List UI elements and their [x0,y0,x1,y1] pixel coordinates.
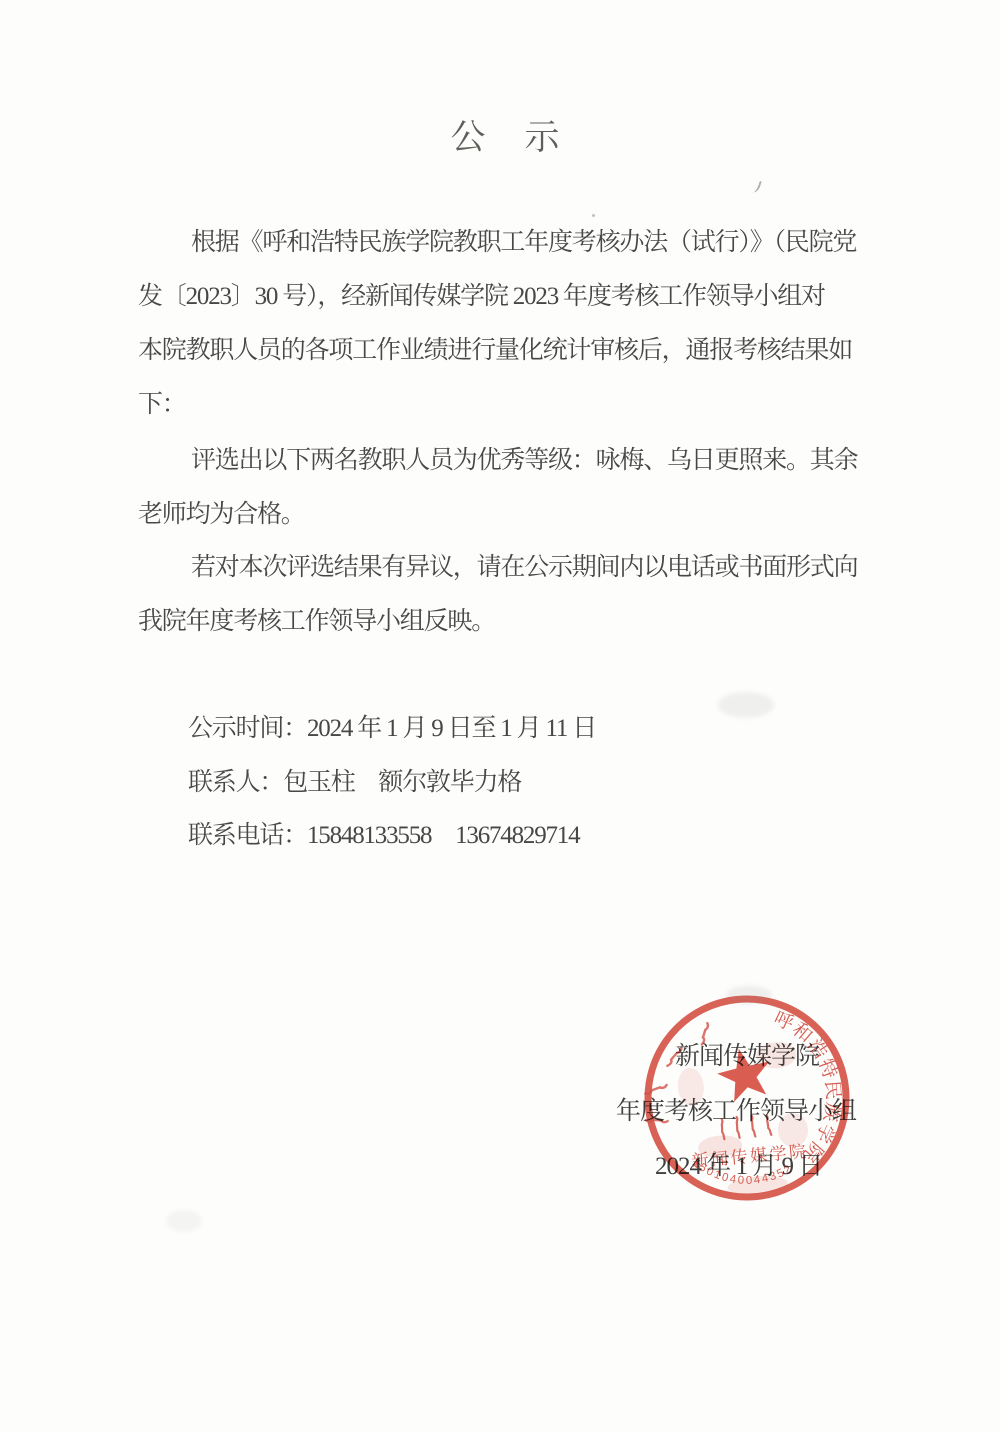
notice-document-page: 公 示 根据《呼和浩特民族学院教职工年度考核办法（试行）》（民院党 发〔2023… [0,0,1000,1432]
body-line: 老师均为合格。 [138,500,305,530]
publicity-period-line: 公示时间：2024 年 1 月 9 日至 1 月 11 日 [188,714,596,744]
notice-title: 公 示 [0,110,1000,160]
contact-phone-line: 联系电话：15848133558 13674829714 [188,821,579,851]
contact-person-line: 联系人：包玉柱 额尔敦毕力格 [188,768,521,798]
seal-ring [640,991,855,1206]
body-line: 下： [138,390,186,420]
body-line: 评选出以下两名教职人员为优秀等级：咏梅、乌日更照来。其余 [191,446,857,476]
seal-ink-blotch [676,1067,705,1107]
body-line: 发〔2023〕30 号），经新闻传媒学院 2023 年度考核工作领导小组对 [138,282,825,312]
body-line: 本院教职人员的各项工作业绩进行量化统计审核后，通报考核结果如 [138,336,852,366]
body-line: 根据《呼和浩特民族学院教职工年度考核办法（试行）》（民院党 [191,228,856,258]
seal-mongolian-columns [720,1114,771,1139]
scan-smudge [166,1210,202,1232]
scan-mark [750,179,762,194]
body-line: 若对本次评选结果有异议，请在公示期间内以电话或书面形式向 [191,553,857,583]
official-seal: 呼和浩特民族学院 新闻传媒学院 150104004 [630,986,864,1210]
scan-mark [592,214,595,217]
scan-smudge [718,692,774,718]
body-line: 我院年度考核工作领导小组反映。 [138,607,495,637]
